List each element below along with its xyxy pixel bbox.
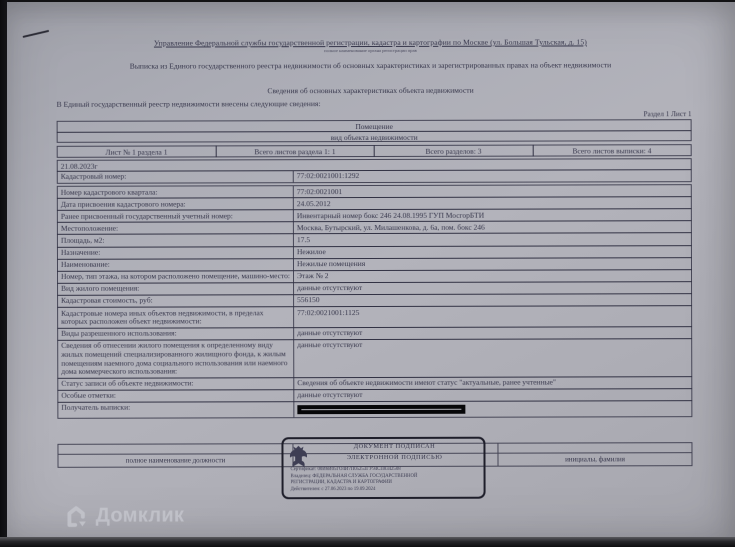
- position-caption: полное наименование должности: [58, 454, 292, 467]
- row-value: Этаж № 2: [294, 270, 691, 282]
- row-value: данные отсутствуют: [294, 282, 691, 294]
- row-value: Нежилые помещения: [294, 258, 691, 270]
- row-value: Сведения об объекте недвижимости имеют с…: [294, 377, 691, 389]
- row-label: Ранее присвоенный государственный учетны…: [58, 210, 294, 222]
- row-label: Местоположение:: [58, 223, 294, 235]
- row-label: Кадастровые номера иных объектов недвижи…: [58, 307, 294, 327]
- document-title: Выписка из Единого государственного реес…: [6, 60, 734, 71]
- pen-mark: [22, 30, 49, 38]
- domclick-brand-text: Домклик: [96, 504, 185, 527]
- row-value: [294, 401, 691, 418]
- authority-caption: полное наименование органа регистрации п…: [6, 47, 734, 54]
- row-label: Наименование:: [58, 259, 294, 271]
- row-value: 77:02:0021001:1292: [294, 170, 691, 182]
- row-value: 556150: [294, 294, 691, 306]
- stamp-details: Сертификат: 00И6И05ГО4И7П05253ГУ94СП8342…: [291, 467, 480, 494]
- document-page: Управление Федеральной службы государств…: [7, 2, 735, 537]
- row-label: Площадь, м2:: [58, 235, 294, 247]
- row-label: Вид жилого помещения:: [58, 283, 294, 295]
- redacted-recipient-box: [297, 405, 465, 414]
- property-table: Помещение вид объекта недвижимости Лист …: [57, 119, 693, 419]
- row-value: Инвентарный номер бокс 246 24.08.1995 ГУ…: [294, 209, 691, 221]
- row-value: Москва, Бутырский, ул. Милашенкова, д. 6…: [294, 222, 691, 234]
- row-value: 17.5: [294, 234, 691, 246]
- property-table-body: Кадастровый номер: 77:02:0021001:1292 Но…: [57, 169, 693, 420]
- digital-signature-stamp: ДОКУМЕНТ ПОДПИСАН ЭЛЕКТРОННОЙ ПОДПИСЬЮ С…: [281, 437, 485, 500]
- row-value: 77:02:0021001:1125: [294, 306, 691, 327]
- row-value: данные отсутствуют: [294, 339, 691, 377]
- name-caption: инициалы, фамилия: [498, 453, 691, 466]
- intro-line: В Единый государственный реестр недвижим…: [57, 99, 321, 109]
- row-label: Назначение:: [58, 247, 294, 259]
- row-label: Статус записи об объекте недвижимости:: [58, 378, 294, 390]
- table-row: Кадастровые номера иных объектов недвижи…: [57, 305, 692, 328]
- row-label: Номер кадастрового квартала:: [58, 186, 294, 198]
- table-row: Сведения об отнесении жилого помещения к…: [57, 338, 692, 379]
- table-row: Кадастровый номер: 77:02:0021001:1292: [57, 169, 692, 184]
- sheet-cell: Всего листов выписки: 4: [532, 144, 692, 156]
- signature-position-cell: полное наименование должности: [57, 443, 293, 468]
- stamp-title-line2: ЭЛЕКТРОННОЙ ПОДПИСЬЮ: [309, 454, 479, 461]
- domclick-logo-icon: [64, 504, 89, 529]
- row-label: Дата присвоения кадастрового номера:: [58, 198, 294, 210]
- row-label: Виды разрешенного использования:: [58, 328, 294, 340]
- sheet-cell: Всего листов раздела 1: 1: [215, 144, 375, 156]
- section-sheet-label: Раздел 1 Лист 1: [644, 110, 692, 118]
- row-label: Сведения об отнесении жилого помещения к…: [58, 340, 294, 377]
- row-label: Номер, тип этажа, на котором расположено…: [58, 271, 294, 283]
- domclick-watermark: Домклик: [64, 503, 185, 528]
- section-title: Сведения об основных характеристиках объ…: [7, 85, 735, 96]
- sheet-cell: Всего разделов: 3: [374, 144, 534, 156]
- sheet-counts-row: Лист № 1 раздела 1 Всего листов раздела …: [57, 144, 692, 158]
- row-label: Кадастровый номер:: [58, 171, 294, 183]
- stamp-validity: Действителен: с 27.06.2023 по 19.09.2024: [291, 486, 480, 493]
- row-value: 77:02:0021001: [294, 185, 691, 197]
- row-label: Кадастровая стоимость, руб:: [58, 295, 294, 307]
- stamp-title-line1: ДОКУМЕНТ ПОДПИСАН: [309, 443, 479, 450]
- row-value: Нежилое: [294, 246, 691, 258]
- photo-bottom-edge: [0, 537, 735, 547]
- table-row: Получатель выписки:: [57, 400, 692, 419]
- signature-name-cell: инициалы, фамилия: [497, 442, 692, 467]
- row-label: Получатель выписки:: [58, 402, 294, 418]
- row-value: 24.05.2012: [294, 197, 691, 209]
- row-label: Особые отметки:: [58, 390, 294, 402]
- sheet-cell: Лист № 1 раздела 1: [57, 145, 217, 157]
- row-value: данные отсутствуют: [294, 327, 691, 339]
- registering-authority-line: Управление Федеральной службы государств…: [6, 37, 734, 48]
- document-photo: Управление Федеральной службы государств…: [0, 0, 735, 547]
- row-value: данные отсутствуют: [294, 389, 691, 401]
- object-type-caption: вид объекта недвижимости: [57, 130, 692, 143]
- coat-of-arms-icon: [288, 443, 308, 470]
